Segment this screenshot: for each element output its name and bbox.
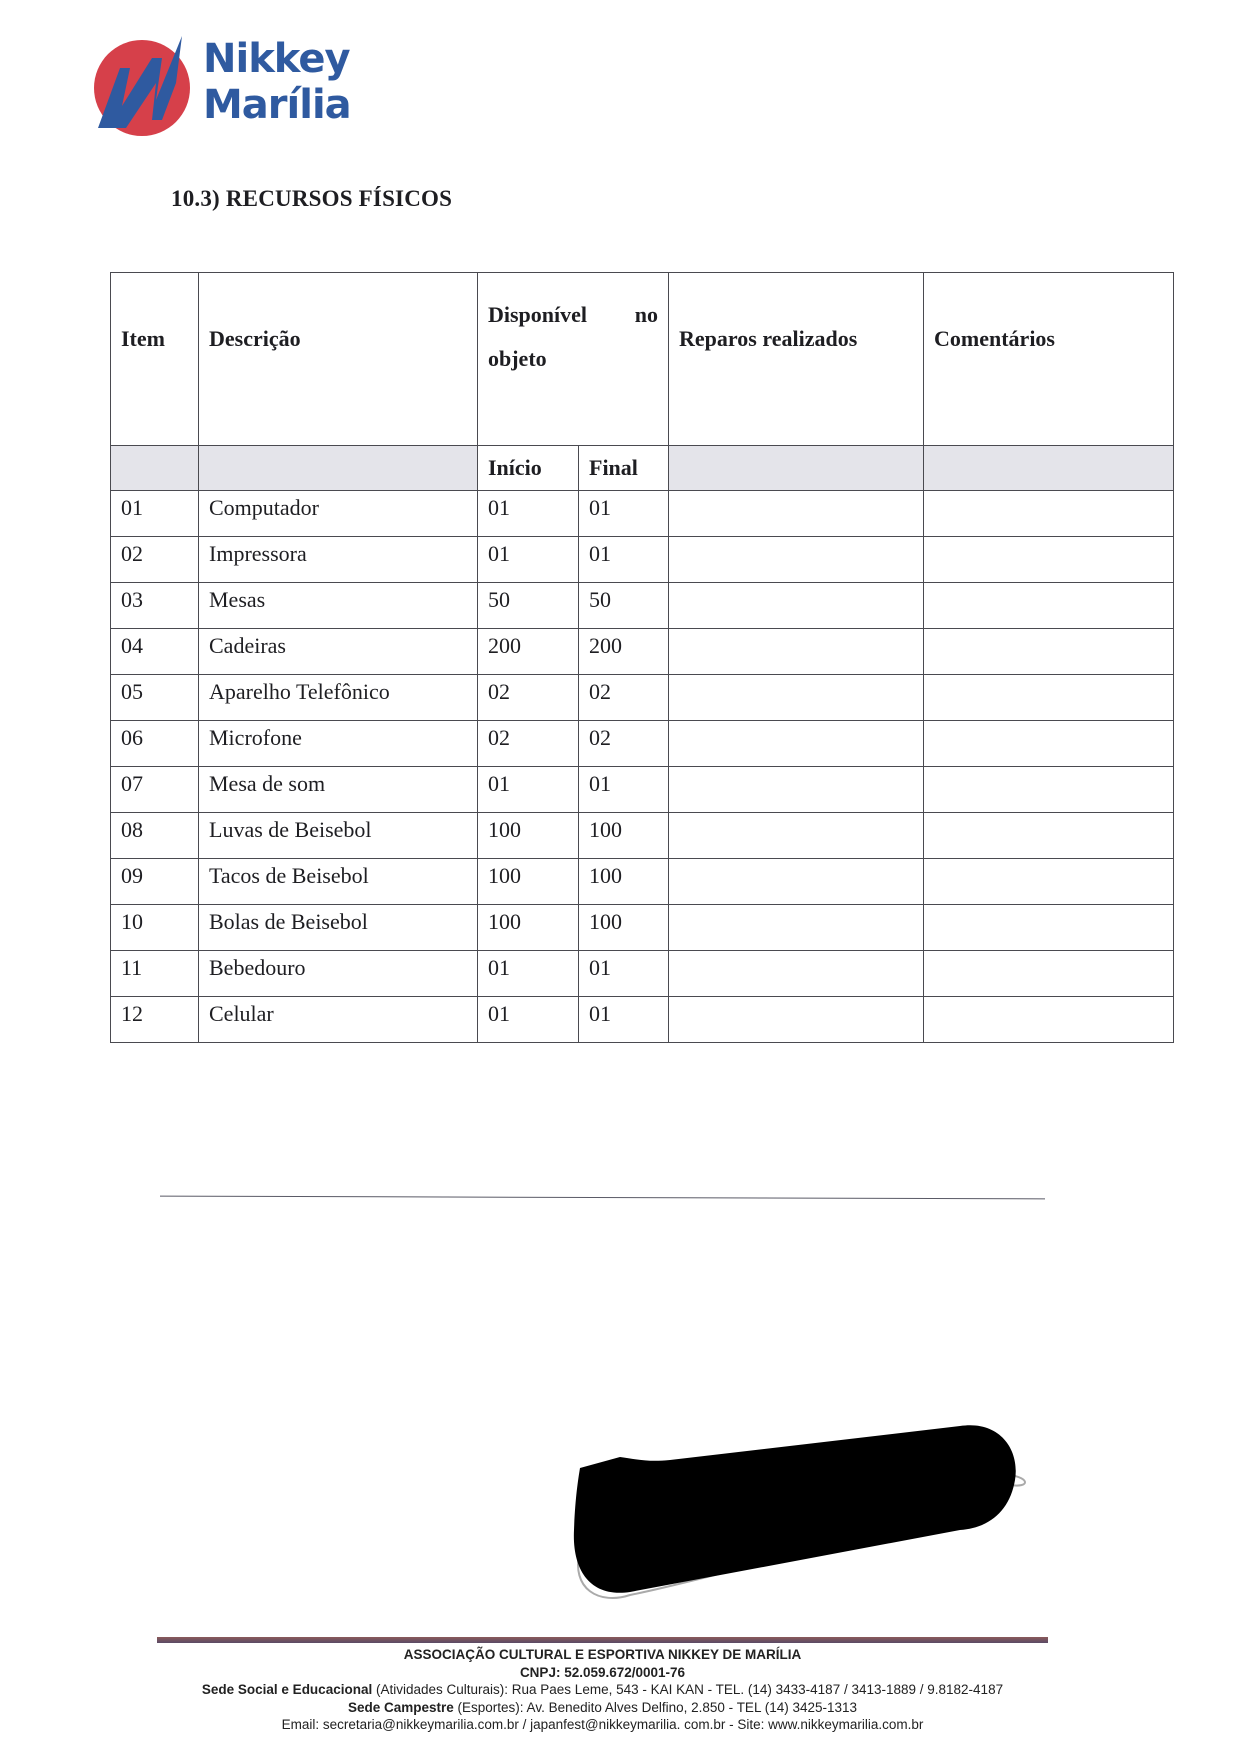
cell-item: 11 (111, 951, 199, 997)
cell-descricao: Microfone (199, 721, 478, 767)
cell-descricao: Celular (199, 997, 478, 1043)
cell-inicio: 01 (478, 997, 579, 1043)
subheader-empty (199, 446, 478, 491)
cell-final: 01 (579, 537, 669, 583)
cell-reparos (669, 721, 924, 767)
logo-line-1: Nikkey (203, 36, 351, 82)
cell-reparos (669, 583, 924, 629)
cell-inicio: 100 (478, 905, 579, 951)
cell-reparos (669, 675, 924, 721)
cell-comentarios (924, 491, 1174, 537)
cell-comentarios (924, 675, 1174, 721)
cell-inicio: 50 (478, 583, 579, 629)
header-disponivel: Disponível no objeto (478, 273, 669, 446)
cell-final: 02 (579, 721, 669, 767)
footer-org-name: ASSOCIAÇÃO CULTURAL E ESPORTIVA NIKKEY D… (157, 1646, 1048, 1664)
cell-inicio: 01 (478, 951, 579, 997)
cell-comentarios (924, 859, 1174, 905)
header-comentarios: Comentários (924, 273, 1174, 446)
table-row: 11Bebedouro0101 (111, 951, 1174, 997)
subheader-final: Final (579, 446, 669, 491)
cell-inicio: 100 (478, 813, 579, 859)
table-row: 12Celular0101 (111, 997, 1174, 1043)
cell-descricao: Cadeiras (199, 629, 478, 675)
cell-reparos (669, 767, 924, 813)
table-row: 05Aparelho Telefônico0202 (111, 675, 1174, 721)
cell-reparos (669, 997, 924, 1043)
footer-sede-social: Sede Social e Educacional (Atividades Cu… (157, 1681, 1048, 1699)
cell-item: 09 (111, 859, 199, 905)
header-item: Item (111, 273, 199, 446)
header-descricao: Descrição (199, 273, 478, 446)
cell-inicio: 100 (478, 859, 579, 905)
table-row: 10Bolas de Beisebol100100 (111, 905, 1174, 951)
cell-comentarios (924, 905, 1174, 951)
cell-item: 03 (111, 583, 199, 629)
cell-item: 10 (111, 905, 199, 951)
header-reparos: Reparos realizados (669, 273, 924, 446)
cell-descricao: Bolas de Beisebol (199, 905, 478, 951)
cell-item: 02 (111, 537, 199, 583)
cell-comentarios (924, 721, 1174, 767)
cell-comentarios (924, 813, 1174, 859)
subheader-empty (924, 446, 1174, 491)
footer-sede-campestre: Sede Campestre (Esportes): Av. Benedito … (157, 1699, 1048, 1717)
cell-inicio: 01 (478, 491, 579, 537)
table-subheader-row: Início Final (111, 446, 1174, 491)
cell-final: 01 (579, 491, 669, 537)
cell-comentarios (924, 583, 1174, 629)
cell-final: 01 (579, 767, 669, 813)
cell-item: 05 (111, 675, 199, 721)
table-row: 04Cadeiras200200 (111, 629, 1174, 675)
cell-descricao: Computador (199, 491, 478, 537)
subheader-empty (669, 446, 924, 491)
cell-descricao: Impressora (199, 537, 478, 583)
footer-divider (157, 1637, 1048, 1643)
logo-text: Nikkey Marília (203, 36, 351, 128)
sede-social-text: (Atividades Culturais): Rua Paes Leme, 5… (372, 1682, 1003, 1697)
cell-reparos (669, 491, 924, 537)
table-row: 01Computador0101 (111, 491, 1174, 537)
footer-cnpj: CNPJ: 52.059.672/0001-76 (157, 1664, 1048, 1682)
footer-contact: Email: secretaria@nikkeymarilia.com.br /… (157, 1716, 1048, 1734)
cell-descricao: Mesa de som (199, 767, 478, 813)
signature-redaction (560, 1420, 1030, 1625)
cell-comentarios (924, 629, 1174, 675)
sede-campestre-label: Sede Campestre (348, 1700, 454, 1715)
cell-final: 200 (579, 629, 669, 675)
logo-line-2: Marília (203, 82, 351, 128)
cell-reparos (669, 905, 924, 951)
cell-reparos (669, 951, 924, 997)
cell-inicio: 01 (478, 537, 579, 583)
table-row: 03Mesas5050 (111, 583, 1174, 629)
cell-descricao: Mesas (199, 583, 478, 629)
table-row: 07Mesa de som0101 (111, 767, 1174, 813)
cell-inicio: 02 (478, 675, 579, 721)
cell-reparos (669, 813, 924, 859)
cell-final: 02 (579, 675, 669, 721)
cell-item: 06 (111, 721, 199, 767)
resources-table: Item Descrição Disponível no objeto Repa… (110, 272, 1174, 1043)
table-row: 08Luvas de Beisebol100100 (111, 813, 1174, 859)
cell-reparos (669, 859, 924, 905)
subheader-inicio: Início (478, 446, 579, 491)
cell-comentarios (924, 537, 1174, 583)
signature-line (160, 1196, 1045, 1200)
subheader-empty (111, 446, 199, 491)
cell-descricao: Tacos de Beisebol (199, 859, 478, 905)
table-header-row: Item Descrição Disponível no objeto Repa… (111, 273, 1174, 446)
cell-descricao: Luvas de Beisebol (199, 813, 478, 859)
cell-reparos (669, 629, 924, 675)
cell-item: 01 (111, 491, 199, 537)
sede-social-label: Sede Social e Educacional (202, 1682, 372, 1697)
logo-emblem-icon (90, 28, 200, 143)
cell-final: 100 (579, 905, 669, 951)
table-row: 09Tacos de Beisebol100100 (111, 859, 1174, 905)
cell-item: 04 (111, 629, 199, 675)
nikkey-marilia-logo: Nikkey Marília (90, 28, 360, 143)
table-row: 06Microfone0202 (111, 721, 1174, 767)
cell-item: 08 (111, 813, 199, 859)
cell-item: 07 (111, 767, 199, 813)
cell-comentarios (924, 997, 1174, 1043)
cell-inicio: 02 (478, 721, 579, 767)
cell-item: 12 (111, 997, 199, 1043)
cell-inicio: 01 (478, 767, 579, 813)
cell-inicio: 200 (478, 629, 579, 675)
cell-final: 50 (579, 583, 669, 629)
cell-comentarios (924, 767, 1174, 813)
footer: ASSOCIAÇÃO CULTURAL E ESPORTIVA NIKKEY D… (157, 1646, 1048, 1734)
section-title: 10.3) RECURSOS FÍSICOS (171, 186, 452, 212)
cell-descricao: Aparelho Telefônico (199, 675, 478, 721)
cell-comentarios (924, 951, 1174, 997)
cell-descricao: Bebedouro (199, 951, 478, 997)
cell-final: 01 (579, 997, 669, 1043)
cell-reparos (669, 537, 924, 583)
cell-final: 100 (579, 859, 669, 905)
sede-campestre-text: (Esportes): Av. Benedito Alves Delfino, … (454, 1700, 857, 1715)
cell-final: 100 (579, 813, 669, 859)
table-row: 02Impressora0101 (111, 537, 1174, 583)
cell-final: 01 (579, 951, 669, 997)
